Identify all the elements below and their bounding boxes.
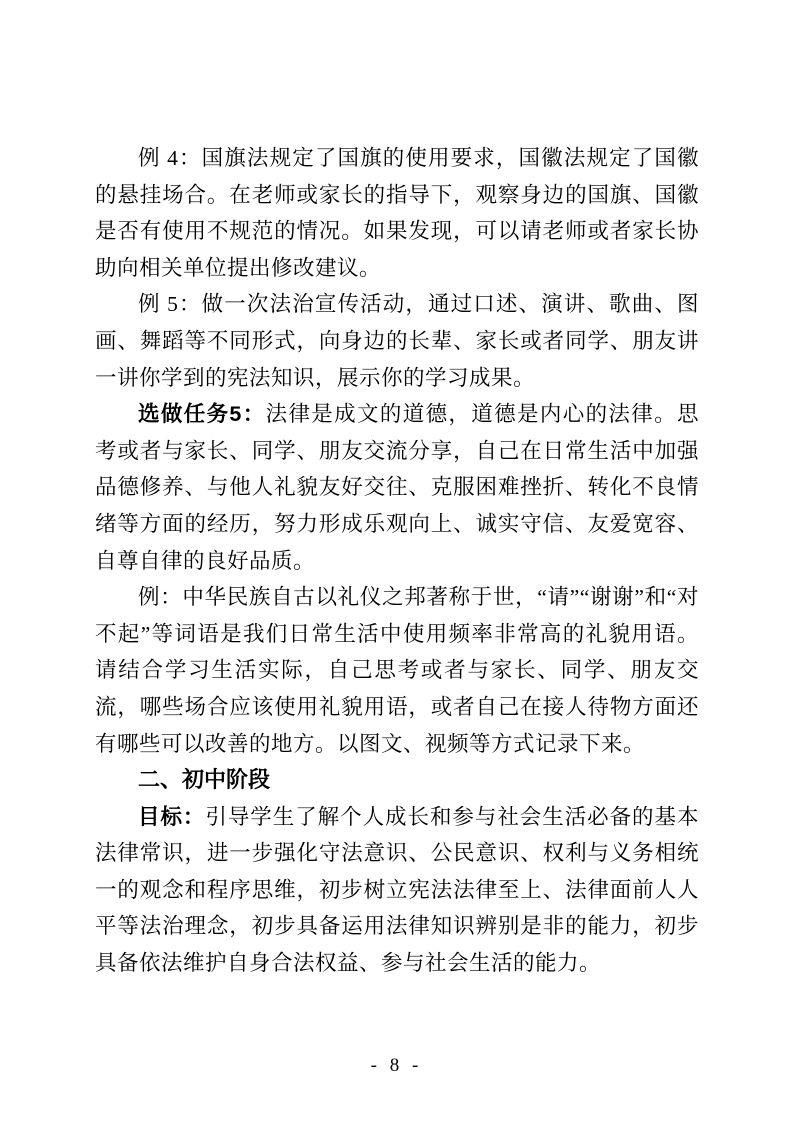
paragraph-optional-task-5: 选做任务5：法律是成文的道德，道德是内心的法律。思考或者与家长、同学、朋友交流分… — [95, 396, 699, 579]
paragraph-example-4: 例 4：国旗法规定了国旗的使用要求，国徽法规定了国徽的悬挂场合。在老师或家长的指… — [95, 140, 699, 286]
paragraph-text: 法律是成文的道德，道德是内心的法律。思考或者与家长、同学、朋友交流分享，自己在日… — [95, 402, 699, 572]
page-number: - 8 - — [371, 1055, 423, 1076]
paragraph-goal: 目标：引导学生了解个人成长和参与社会生活必备的基本法律常识，进一步强化守法意识、… — [95, 799, 699, 982]
paragraph-example-etiquette: 例：中华民族自古以礼仪之邦著称于世，“请”“谢谢”和“对不起”等词语是我们日常生… — [95, 579, 699, 762]
paragraph-text: 引导学生了解个人成长和参与社会生活必备的基本法律常识，进一步强化守法意识、公民意… — [95, 805, 699, 975]
section-heading-junior-high: 二、初中阶段 — [95, 762, 699, 799]
document-page: 例 4：国旗法规定了国旗的使用要求，国徽法规定了国徽的悬挂场合。在老师或家长的指… — [0, 0, 793, 1122]
paragraph-text: 例 5：做一次法治宣传活动，通过口述、演讲、歌曲、图画、舞蹈等不同形式，向身边的… — [95, 292, 699, 389]
page-footer: - 8 - — [0, 1055, 793, 1077]
paragraph-text: 例：中华民族自古以礼仪之邦著称于世，“请”“谢谢”和“对不起”等词语是我们日常生… — [95, 585, 699, 755]
paragraph-lead-bold: 选做任务5： — [138, 402, 266, 426]
document-content: 例 4：国旗法规定了国旗的使用要求，国徽法规定了国徽的悬挂场合。在老师或家长的指… — [95, 140, 699, 982]
paragraph-lead-bold: 目标： — [138, 805, 205, 829]
paragraph-example-5: 例 5：做一次法治宣传活动，通过口述、演讲、歌曲、图画、舞蹈等不同形式，向身边的… — [95, 286, 699, 396]
paragraph-text: 例 4：国旗法规定了国旗的使用要求，国徽法规定了国徽的悬挂场合。在老师或家长的指… — [95, 146, 699, 280]
